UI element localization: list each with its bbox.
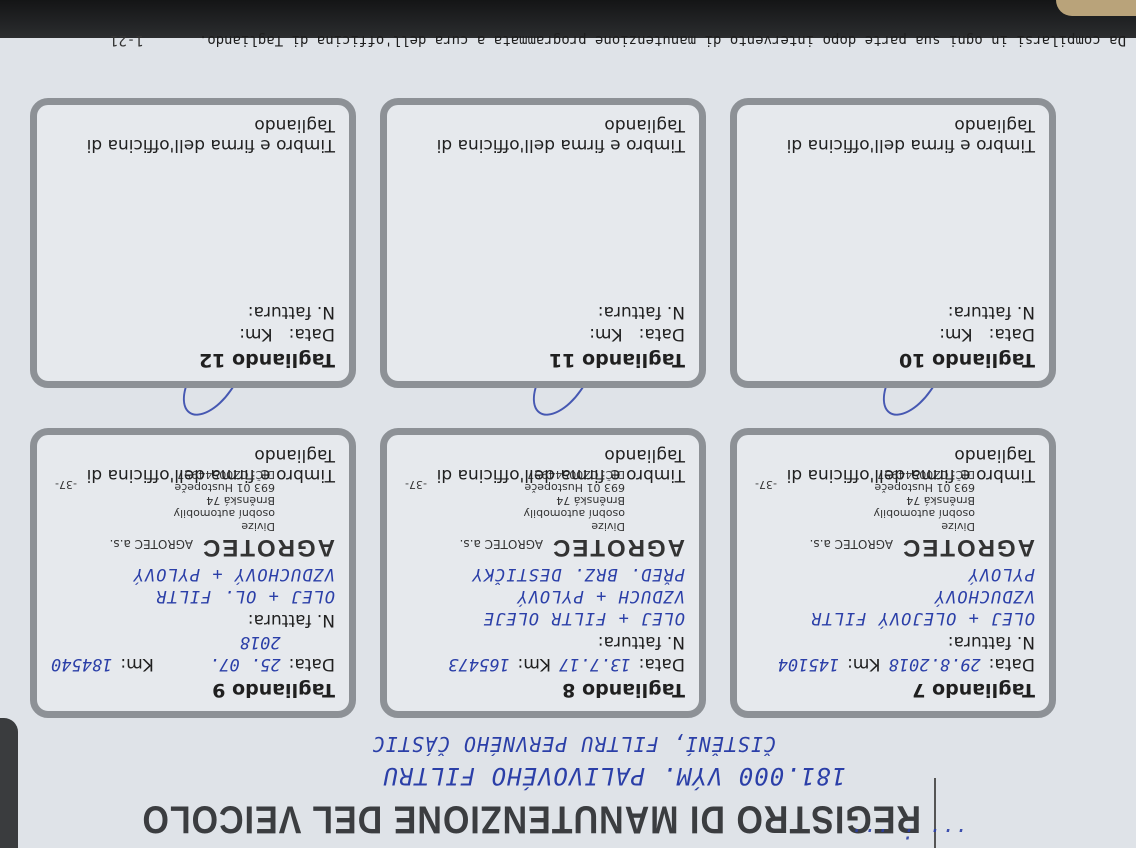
service-card: Tagliando 10 Data: Km: N. fattura: Timbr… — [730, 98, 1056, 388]
date-value: 13.7.17 — [559, 653, 631, 675]
km-value: 184540 — [51, 631, 112, 675]
date-label: Data: — [989, 653, 1035, 675]
page-number: 1-21 — [110, 32, 144, 48]
agrotec-logo: AGROTEC — [551, 533, 685, 561]
service-card: Tagliando 7 Data: 29.8.2018 Km: 145104 N… — [730, 428, 1056, 718]
km-value: 165473 — [448, 653, 509, 675]
work-line: OLEJ + OLEJOVÝ FILTR — [751, 607, 1035, 629]
stamp-line: Divize — [385, 520, 625, 533]
maintenance-register-page: REGISTRO DI MANUTENZIONE DEL VEICOLO ...… — [0, 0, 1136, 848]
work-line: OLEJ + OL. FILTR — [51, 585, 335, 607]
work-line: OLEJ + FILTR OLEJE — [401, 607, 685, 629]
stamp-line: osobní automobily — [385, 507, 625, 520]
stamp-line: Divize — [35, 520, 275, 533]
card-title: Tagliando 10 — [751, 349, 1035, 371]
stamp-label-line: Tagliando — [787, 445, 1035, 465]
card-title: Tagliando 9 — [51, 679, 335, 701]
stamp-label-line: Tagliando — [437, 115, 685, 135]
work-description: OLEJ + OL. FILTRVZDUCHOVÝ + PYLOVÝ — [51, 563, 335, 607]
date-label: Data: — [989, 323, 1035, 345]
stamp-line: osobní automobily — [735, 507, 975, 520]
invoice-label: N. fattura: — [598, 301, 685, 323]
stamp-code: -37- — [755, 478, 777, 491]
stamp-line: osobní automobily — [35, 507, 275, 520]
card-title: Tagliando 12 — [51, 349, 335, 371]
card-title: Tagliando 11 — [401, 349, 685, 371]
work-line: VZDUCHOVÝ + PYLOVÝ — [51, 563, 335, 585]
date-label: Data: — [639, 653, 685, 675]
km-value: 145104 — [778, 653, 839, 675]
service-card: Tagliando 9 Data: 25. 07. 2018 Km: 18454… — [30, 428, 356, 718]
stamp-label-line: Timbro e firma dell'officina di — [437, 135, 685, 155]
work-line: VZDUCH + PYLOVÝ — [401, 585, 685, 607]
service-card: Tagliando 8 Data: 13.7.17 Km: 165473 N. … — [380, 428, 706, 718]
work-line: PYLOVÝ — [751, 563, 1035, 585]
stamp-signature-label: Timbro e firma dell'officina diTagliando — [437, 445, 685, 485]
work-line: VZDUCHOVÝ — [751, 585, 1035, 607]
stamp-line: Brněnská 74 — [735, 494, 975, 507]
stamp-signature-label: Timbro e firma dell'officina diTagliando — [787, 445, 1035, 485]
date-value: 29.8.2018 — [889, 653, 981, 675]
stamp-label-line: Timbro e firma dell'officina di — [787, 465, 1035, 485]
invoice-label: N. fattura: — [948, 301, 1035, 323]
agrotec-logo: AGROTEC — [201, 533, 335, 561]
service-card: Tagliando 12 Data: Km: N. fattura: Timbr… — [30, 98, 356, 388]
date-label: Data: — [289, 323, 335, 345]
stamp-line: Brněnská 74 — [385, 494, 625, 507]
invoice-label: N. fattura: — [598, 631, 685, 653]
photo-background-corner — [0, 718, 18, 848]
card-title: Tagliando 7 — [751, 679, 1035, 701]
stamp-company: AGROTEC a.s. — [110, 537, 193, 551]
stamp-signature-label: Timbro e firma dell'officina diTagliando — [437, 115, 685, 155]
invoice-label: N. fattura: — [948, 631, 1035, 653]
km-label: Km: — [239, 323, 272, 345]
date-label: Data: — [639, 323, 685, 345]
stamp-label-line: Tagliando — [437, 445, 685, 465]
stamp-line: Divize — [735, 520, 975, 533]
date-label: Data: — [289, 631, 335, 675]
handwritten-note-1: 181.000 VÝM. PALIVOVÉHO FILTRU — [383, 762, 846, 790]
work-description: OLEJ + FILTR OLEJEVZDUCH + PYLOVÝPŘED. B… — [401, 563, 685, 629]
stamp-label-line: Timbro e firma dell'officina di — [787, 135, 1035, 155]
date-value: 25. 07. 2018 — [162, 631, 281, 675]
stamp-code: -37- — [405, 478, 427, 491]
stamp-label-line: Tagliando — [87, 445, 335, 465]
stamp-signature-label: Timbro e firma dell'officina diTagliando — [87, 115, 335, 155]
card-title: Tagliando 8 — [401, 679, 685, 701]
footer-instruction: Da compilarsi in ogni sua parte dopo int… — [199, 32, 1126, 48]
stamp-company: AGROTEC a.s. — [460, 537, 543, 551]
stamp-code: -37- — [55, 478, 77, 491]
stamp-label-line: Timbro e firma dell'officina di — [437, 465, 685, 485]
stamp-label-line: Tagliando — [87, 115, 335, 135]
stamp-signature-label: Timbro e firma dell'officina diTagliando — [787, 115, 1035, 155]
stamp-line: Brněnská 74 — [35, 494, 275, 507]
page-title: REGISTRO DI MANUTENZIONE DEL VEICOLO — [141, 796, 921, 841]
work-description: OLEJ + OLEJOVÝ FILTRVZDUCHOVÝPYLOVÝ — [751, 563, 1035, 629]
handwritten-note-top: ... : ... — [849, 824, 966, 848]
km-label: Km: — [939, 323, 972, 345]
stamp-signature-label: Timbro e firma dell'officina diTagliando — [87, 445, 335, 485]
service-card: Tagliando 11 Data: Km: N. fattura: Timbr… — [380, 98, 706, 388]
agrotec-logo: AGROTEC — [901, 533, 1035, 561]
stamp-label-line: Timbro e firma dell'officina di — [87, 135, 335, 155]
invoice-label: N. fattura: — [248, 609, 335, 631]
km-label: Km: — [518, 653, 551, 675]
stamp-label-line: Tagliando — [787, 115, 1035, 135]
stamp-label-line: Timbro e firma dell'officina di — [87, 465, 335, 485]
km-label: Km: — [847, 653, 880, 675]
work-line: PŘED. BRZ. DESTIČKY — [401, 563, 685, 585]
km-label: Km: — [120, 631, 153, 675]
invoice-label: N. fattura: — [248, 301, 335, 323]
km-label: Km: — [589, 323, 622, 345]
handwritten-note-2: ČISTĚNÍ, FILTRU PERVNÉHO ČÁSTIC — [372, 732, 776, 756]
stamp-company: AGROTEC a.s. — [810, 537, 893, 551]
